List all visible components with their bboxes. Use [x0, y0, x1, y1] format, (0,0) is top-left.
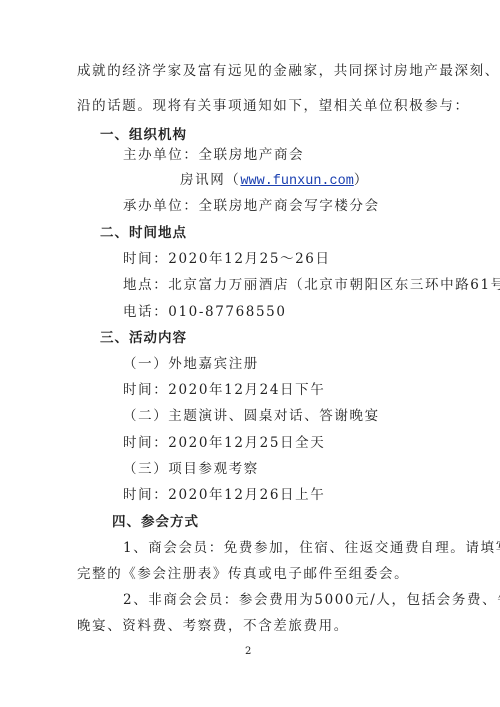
heading-participation: 四、参会方式: [112, 514, 199, 530]
co-host-suffix: ）: [354, 172, 369, 188]
event-phone: 电话：010-87768550: [123, 304, 287, 320]
event-place: 地点：北京富力万丽酒店（北京市朝阳区东三环中路61号）: [123, 277, 500, 293]
host-unit: 主办单位：全联房地产商会: [123, 147, 304, 163]
member-para-line-1: 1、商会会员：免费参加，住宿、往返交通费自理。请填写: [123, 540, 500, 556]
activity-1-time: 时间：2020年12月24日下午: [123, 382, 325, 398]
event-time: 时间：2020年12月25～26日: [123, 251, 331, 267]
intro-line-1: 成就的经济学家及富有远见的金融家，共同探讨房地产最深刻、最前: [77, 63, 500, 79]
activity-2-time: 时间：2020年12月25日全天: [123, 435, 325, 451]
organizer-unit: 承办单位：全联房地产商会写字楼分会: [123, 198, 380, 214]
activity-3-time: 时间：2020年12月26日上午: [123, 487, 325, 503]
page-number: 2: [245, 646, 251, 657]
intro-line-2: 沿的话题。现将有关事项通知如下，望相关单位积极参与：: [77, 98, 470, 114]
heading-time-place: 二、时间地点: [100, 225, 187, 241]
activity-3-title: （三）项目参观考察: [123, 461, 259, 477]
nonmember-para-line-2: 晚宴、资料费、考察费，不含差旅费用。: [77, 618, 349, 634]
member-para-line-2: 完整的《参会注册表》传真或电子邮件至组委会。: [77, 566, 409, 582]
heading-organization: 一、组织机构: [100, 127, 187, 143]
activity-1-title: （一）外地嘉宾注册: [123, 356, 259, 372]
activity-2-title: （二）主题演讲、圆桌对话、答谢晚宴: [123, 408, 380, 424]
funxun-link[interactable]: www.funxun.com: [240, 174, 353, 189]
co-host-unit: 房讯网（www.funxun.com）: [180, 172, 369, 190]
nonmember-para-line-1: 2、非商会会员：参会费用为5000元/人，包括会务费、午餐、: [123, 592, 500, 608]
heading-activities: 三、活动内容: [100, 330, 187, 346]
co-host-prefix: 房讯网（: [180, 172, 240, 188]
